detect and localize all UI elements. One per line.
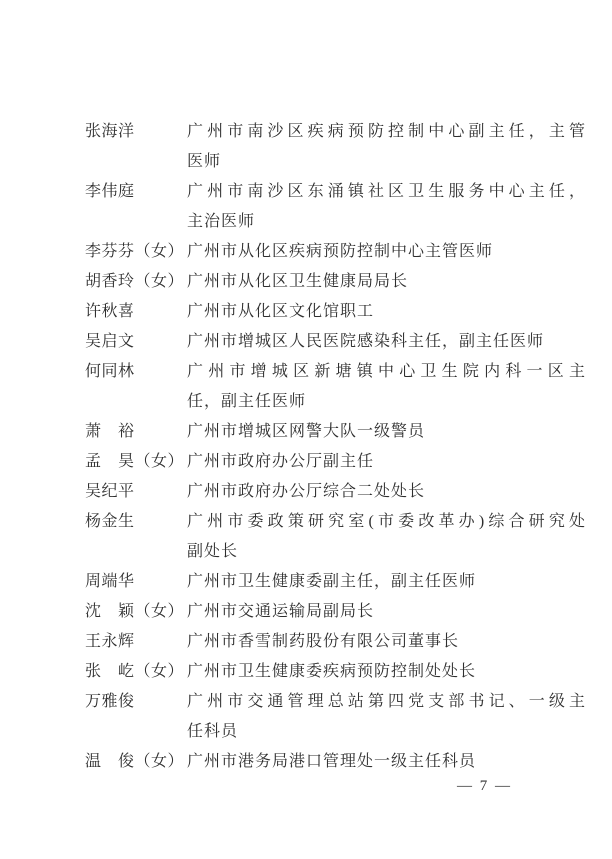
person-name: 万雅俊 <box>85 687 187 717</box>
person-title-line: 广州市南沙区东涌镇社区卫生服务中心主任， <box>187 177 585 207</box>
person-title: 广州市从化区卫生健康局局长 <box>187 267 585 297</box>
list-item: 孟 昊（女） 广州市政府办公厅副主任 <box>85 447 612 477</box>
person-name: 沈 颖（女） <box>85 597 187 627</box>
person-title: 广州市南沙区疾病预防控制中心副主任，主管 医师 <box>187 117 585 177</box>
list-item: 温 俊（女） 广州市港务局港口管理处一级主任科员 <box>85 747 612 777</box>
person-name: 李伟庭 <box>85 177 187 207</box>
person-name: 李芬芬（女） <box>85 237 187 267</box>
list-item: 张 屹（女） 广州市卫生健康委疾病预防控制处处长 <box>85 657 612 687</box>
person-title: 广州市港务局港口管理处一级主任科员 <box>187 747 585 777</box>
person-title-line: 广州市增城区新塘镇中心卫生院内科一区主 <box>187 357 585 387</box>
list-item: 何同林 广州市增城区新塘镇中心卫生院内科一区主 任，副主任医师 <box>85 357 612 417</box>
person-title-line: 主治医师 <box>187 207 585 237</box>
person-title: 广州市交通管理总站第四党支部书记、一级主 任科员 <box>187 687 585 747</box>
person-title-line: 广州市香雪制药股份有限公司董事长 <box>187 627 585 657</box>
list-item: 沈 颖（女） 广州市交通运输局副局长 <box>85 597 612 627</box>
person-title-line: 广州市从化区卫生健康局局长 <box>187 267 585 297</box>
person-title-line: 任科员 <box>187 717 585 747</box>
list-item: 王永辉 广州市香雪制药股份有限公司董事长 <box>85 627 612 657</box>
person-title-line: 广州市交通管理总站第四党支部书记、一级主 <box>187 687 585 717</box>
person-title-line: 广州市委政策研究室(市委改革办)综合研究处 <box>187 507 585 537</box>
person-title-line: 广州市增城区网警大队一级警员 <box>187 417 585 447</box>
person-name: 萧 裕 <box>85 417 187 447</box>
person-title: 广州市从化区疾病预防控制中心主管医师 <box>187 237 585 267</box>
person-title: 广州市香雪制药股份有限公司董事长 <box>187 627 585 657</box>
person-name: 杨金生 <box>85 507 187 537</box>
person-name: 吴纪平 <box>85 477 187 507</box>
person-title-line: 广州市南沙区疾病预防控制中心副主任，主管 <box>187 117 585 147</box>
list-item: 万雅俊 广州市交通管理总站第四党支部书记、一级主 任科员 <box>85 687 612 747</box>
list-item: 吴启文 广州市增城区人民医院感染科主任，副主任医师 <box>85 327 612 357</box>
person-title: 广州市增城区网警大队一级警员 <box>187 417 585 447</box>
person-name: 王永辉 <box>85 627 187 657</box>
person-title: 广州市政府办公厅综合二处处长 <box>187 477 585 507</box>
person-title: 广州市南沙区东涌镇社区卫生服务中心主任， 主治医师 <box>187 177 585 237</box>
person-title-line: 广州市从化区文化馆职工 <box>187 297 585 327</box>
person-name: 张海洋 <box>85 117 187 147</box>
person-name: 胡香玲（女） <box>85 267 187 297</box>
person-title: 广州市卫生健康委副主任，副主任医师 <box>187 567 585 597</box>
person-title-line: 广州市政府办公厅副主任 <box>187 447 585 477</box>
person-title-line: 广州市卫生健康委疾病预防控制处处长 <box>187 657 585 687</box>
person-name: 吴启文 <box>85 327 187 357</box>
person-title: 广州市交通运输局副局长 <box>187 597 585 627</box>
person-title-line: 广州市政府办公厅综合二处处长 <box>187 477 585 507</box>
person-name: 许秋喜 <box>85 297 187 327</box>
list-item: 周端华 广州市卫生健康委副主任，副主任医师 <box>85 567 612 597</box>
person-title: 广州市卫生健康委疾病预防控制处处长 <box>187 657 585 687</box>
person-name: 周端华 <box>85 567 187 597</box>
person-title-line: 广州市增城区人民医院感染科主任，副主任医师 <box>187 327 585 357</box>
person-title: 广州市委政策研究室(市委改革办)综合研究处 副处长 <box>187 507 585 567</box>
person-name: 张 屹（女） <box>85 657 187 687</box>
person-name: 孟 昊（女） <box>85 447 187 477</box>
list-item: 萧 裕 广州市增城区网警大队一级警员 <box>85 417 612 447</box>
person-title: 广州市政府办公厅副主任 <box>187 447 585 477</box>
list-item: 李伟庭 广州市南沙区东涌镇社区卫生服务中心主任， 主治医师 <box>85 177 612 237</box>
person-name: 温 俊（女） <box>85 747 187 777</box>
person-title-line: 医师 <box>187 147 585 177</box>
list-item: 李芬芬（女） 广州市从化区疾病预防控制中心主管医师 <box>85 237 612 267</box>
list-item: 吴纪平 广州市政府办公厅综合二处处长 <box>85 477 612 507</box>
person-title-line: 副处长 <box>187 537 585 567</box>
list-item: 胡香玲（女） 广州市从化区卫生健康局局长 <box>85 267 612 297</box>
person-title: 广州市增城区人民医院感染科主任，副主任医师 <box>187 327 585 357</box>
person-title-line: 广州市港务局港口管理处一级主任科员 <box>187 747 585 777</box>
person-name: 何同林 <box>85 357 187 387</box>
list-item: 杨金生 广州市委政策研究室(市委改革办)综合研究处 副处长 <box>85 507 612 567</box>
person-title: 广州市从化区文化馆职工 <box>187 297 585 327</box>
list-item: 许秋喜 广州市从化区文化馆职工 <box>85 297 612 327</box>
person-title-line: 广州市卫生健康委副主任，副主任医师 <box>187 567 585 597</box>
person-title-line: 广州市交通运输局副局长 <box>187 597 585 627</box>
person-title-line: 任，副主任医师 <box>187 387 585 417</box>
document-page: 张海洋 广州市南沙区疾病预防控制中心副主任，主管 医师 李伟庭 广州市南沙区东涌… <box>0 0 612 859</box>
person-title: 广州市增城区新塘镇中心卫生院内科一区主 任，副主任医师 <box>187 357 585 417</box>
list-item: 张海洋 广州市南沙区疾病预防控制中心副主任，主管 医师 <box>85 117 612 177</box>
person-title-line: 广州市从化区疾病预防控制中心主管医师 <box>187 237 585 267</box>
